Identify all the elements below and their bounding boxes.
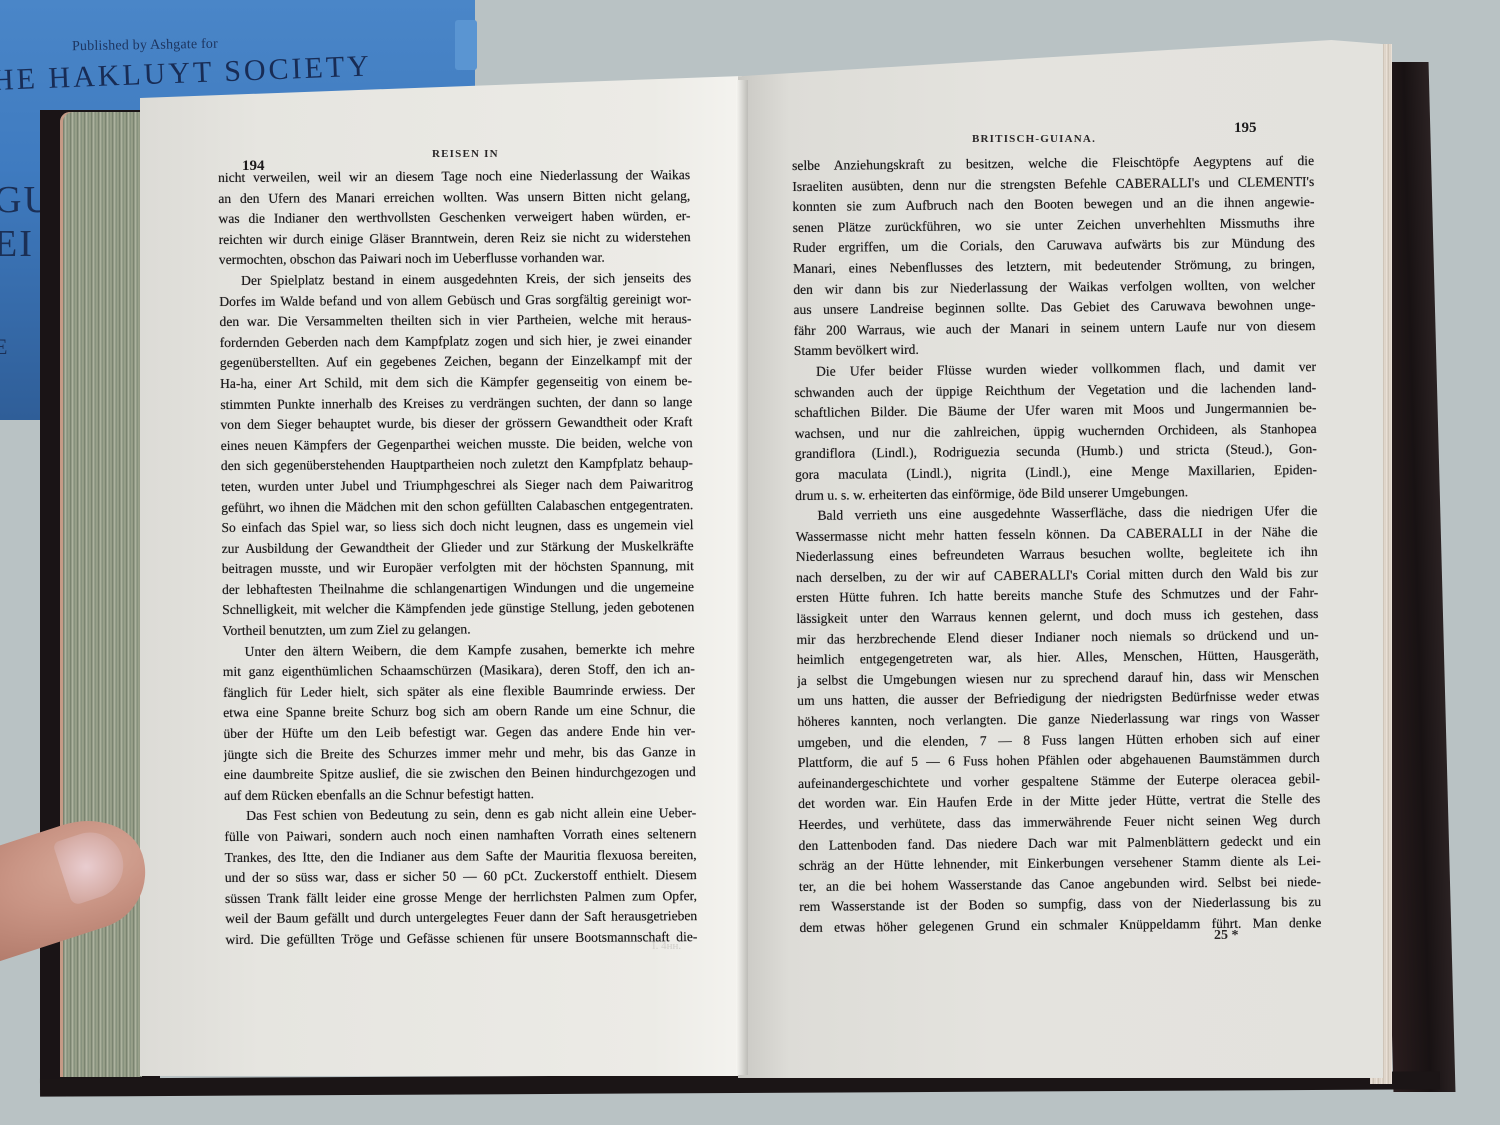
text-line: Das Fest schien von Bedeutung zu sein, d… xyxy=(224,803,696,826)
text-line: süssen Trank fällt leider eine grosse Me… xyxy=(225,886,697,909)
text-line: etwa eine Spanne breite Schurz bog sich … xyxy=(223,701,695,724)
text-line: und der so süss war, dass er sicher 50 —… xyxy=(225,865,697,888)
text-line: Ha-ha, einer Art Schild, mit dem sich di… xyxy=(220,371,692,394)
cover-fragment: EI xyxy=(0,222,34,266)
text-line: weil der Baum gefällt und durch untergel… xyxy=(225,906,697,929)
text-line: über der Hüfte um den Leib befestigt war… xyxy=(223,721,695,744)
society-name: HE HAKLUYT SOCIETY xyxy=(0,49,372,98)
right-page-number: 195 xyxy=(1234,120,1257,137)
text-line: eines neuen Kämpfers der Gegenparthei we… xyxy=(221,433,693,456)
text-line: Der Spielplatz bestand in einem ausgedeh… xyxy=(219,268,691,291)
text-line: beitragen musste, und wir Europäer verfo… xyxy=(222,556,694,579)
text-line: von dem Sieger behauptet wurde, bis dies… xyxy=(220,412,692,435)
text-line: teten, wurden unter Jubel und Triumphges… xyxy=(221,474,693,497)
text-line: reichten wir durch einige Gläser Branntw… xyxy=(219,227,691,250)
publisher-line: Published by Ashgate for xyxy=(72,37,218,56)
text-line: So einfach das Spiel war, so liess sich … xyxy=(221,515,693,538)
text-line: fordernden Geberden nach dem Kampfplatz … xyxy=(220,330,692,353)
signature-mark: 25 * xyxy=(1214,928,1239,944)
text-line: Vortheil benutzten, um zum Ziel zu gelan… xyxy=(222,618,694,641)
text-line: fülle von Paiwari, sondern auch noch ein… xyxy=(224,824,696,847)
cover-fragment: E xyxy=(0,334,9,360)
text-line: der lebhaftesten Theilnahme die schlange… xyxy=(222,577,694,600)
text-line: fänglich für Leder hielt, sich später al… xyxy=(223,680,695,703)
book-gutter xyxy=(736,80,748,1075)
text-line: jüngte sich die Breite des Schurzes imme… xyxy=(224,742,696,765)
text-line: eine daumbreite Spitze auslief, die sie … xyxy=(224,762,696,785)
text-line: Schnelligkeit, mit welcher die Kämpfende… xyxy=(222,598,694,621)
bleed-through-text: I. 4нн. xyxy=(652,940,681,952)
text-line: zur Ausbildung der Gewandtheit der Glied… xyxy=(222,536,694,559)
book-flap xyxy=(455,20,477,70)
text-line: Trankes, des Itte, den die Indianer aus … xyxy=(225,845,697,868)
text-line: auf dem Rücken ebenfalls an die Schnur b… xyxy=(224,783,696,806)
right-page-body-text: selbe Anziehungskraft zu besitzen, welch… xyxy=(792,151,1321,939)
text-line: an den Ufern des Manari erreichen wollte… xyxy=(218,186,690,209)
thumbnail xyxy=(52,824,131,906)
text-line: mit ganz eigenthümlichen Schaamschürzen … xyxy=(223,659,695,682)
text-line: was die Indianer den werthvollsten Gesch… xyxy=(218,206,690,229)
text-line: Unter den ältern Weibern, die dem Kampfe… xyxy=(223,639,695,662)
text-line: gegenüberstellten. Auf ein gegebenes Zei… xyxy=(220,350,692,373)
text-line: wird. Die gefüllten Tröge und Gefässe sc… xyxy=(225,927,697,950)
left-running-head: REISEN IN xyxy=(432,148,499,160)
text-line: vermochten, obschon das Paiwari noch im … xyxy=(219,247,691,270)
text-line: Dorfes im Walde befand und von allem Geb… xyxy=(219,289,691,312)
text-line: stimmten Punkte innerhalb des Kreises zu… xyxy=(220,392,692,415)
text-line: nicht verweilen, weil wir an diesem Tage… xyxy=(218,165,690,188)
right-running-head: BRITISCH-GUIANA. xyxy=(972,133,1096,145)
left-page-body-text: nicht verweilen, weil wir an diesem Tage… xyxy=(218,165,698,950)
text-line: den sich gegenüberstehenden Hauptparthei… xyxy=(221,453,693,476)
text-line: geführt, wo ihnen die Mädchen mit den sc… xyxy=(221,495,693,518)
text-line: den war. Die Versammelten theilten sich … xyxy=(219,309,691,332)
